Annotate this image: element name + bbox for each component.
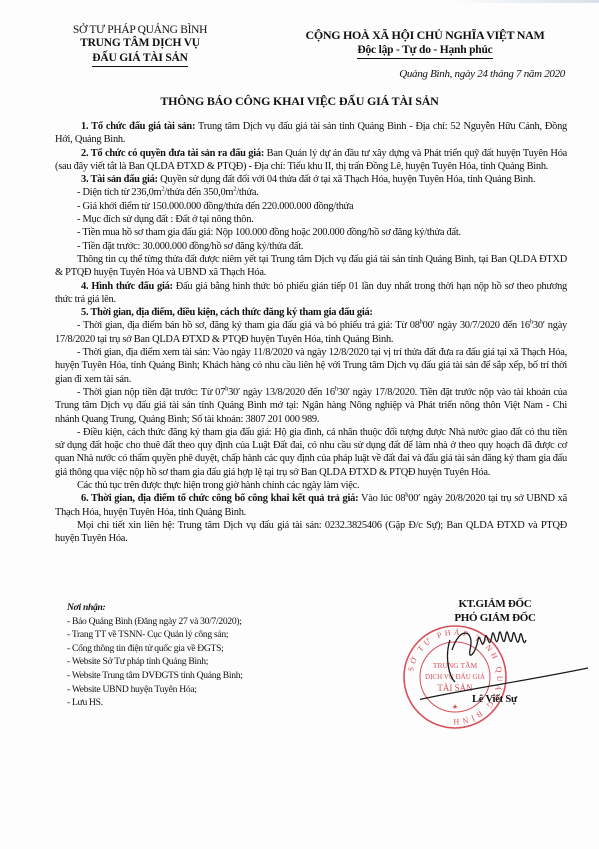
section-2: 2. Tổ chức có quyền đưa tài sản ra đấu g… <box>55 147 567 174</box>
section-6: 6. Thời gian, địa điểm tổ chức công bố c… <box>55 492 567 519</box>
recipient-item: - Cổng thông tin điện tử quốc gia về ĐGT… <box>67 642 243 656</box>
section-1-label: 1. Tổ chức đấu giá tài sản: <box>81 121 195 132</box>
section-5-viewing-time: - Thời gian, địa điểm xem tài sản: Vào n… <box>55 346 567 386</box>
contact-info: Mọi chi tiết xin liên hệ: Trung tâm Dịch… <box>55 519 567 546</box>
country-name: CỘNG HOÀ XÃ HỘI CHỦ NGHĨA VIỆT NAM <box>300 28 550 42</box>
section-5-deposit-time: - Thời gian nộp tiền đặt trước: Từ 07h30… <box>55 386 567 426</box>
recipient-item: - Báo Quảng Bình (Đăng ngày 27 và 30/7/2… <box>67 615 243 629</box>
section-5-procedures: Các thủ tục trên được thực hiện trong gi… <box>55 479 567 492</box>
recipients-list: Nơi nhận: - Báo Quảng Bình (Đăng ngày 27… <box>67 601 243 710</box>
motto: Độc lập - Tự do - Hạnh phúc <box>357 43 492 59</box>
document-body: 1. Tổ chức đấu giá tài sản: Trung tâm Dị… <box>55 120 567 546</box>
issuing-agency-header: SỞ TƯ PHÁP QUẢNG BÌNH TRUNG TÂM DỊCH VỤ … <box>60 24 220 67</box>
section-1: 1. Tổ chức đấu giá tài sản: Trung tâm Dị… <box>55 120 567 147</box>
signer-name: Lê Viết Sự <box>472 694 517 705</box>
starting-price-bullet: - Giá khởi điểm từ 150.000.000 đồng/thửa… <box>55 200 567 213</box>
section-3-note: Thông tin cụ thể từng thửa đất được niêm… <box>55 253 567 280</box>
recipient-item: - Trang TT về TSNN- Cục Quản lý công sản… <box>67 628 243 642</box>
area-bullet: - Diện tích từ 236,0m2/thửa đến 350,0m2/… <box>55 186 567 199</box>
section-3: 3. Tài sản đấu giá: Quyền sử dụng đất đố… <box>55 173 567 186</box>
section-5-heading: 5. Thời gian, địa điểm, điều kiện, cách … <box>55 306 567 319</box>
section-4: 4. Hình thức đấu giá: Đấu giá bằng hình … <box>55 280 567 307</box>
parent-agency: SỞ TƯ PHÁP QUẢNG BÌNH <box>60 24 220 37</box>
deposit-bullet: - Tiền đặt trước: 30.000.000 đồng/hồ sơ … <box>55 240 567 253</box>
scan-edge <box>449 0 599 3</box>
section-6-label: 6. Thời gian, địa điểm tổ chức công bố c… <box>81 493 358 504</box>
issue-date: Quảng Bình, ngày 24 tháng 7 năm 2020 <box>399 68 565 80</box>
dossier-fee-bullet: - Tiền mua hồ sơ tham gia đấu giá: Nộp 1… <box>55 226 567 239</box>
recipient-item: - Lưu HS. <box>67 696 243 710</box>
section-5-conditions: - Điều kiện, cách thức đăng ký tham gia … <box>55 426 567 479</box>
document-page: SỞ TƯ PHÁP QUẢNG BÌNH TRUNG TÂM DỊCH VỤ … <box>0 0 599 849</box>
national-motto-header: CỘNG HOÀ XÃ HỘI CHỦ NGHĨA VIỆT NAM Độc l… <box>300 28 550 59</box>
section-3-label: 3. Tài sản đấu giá: <box>81 174 158 185</box>
section-2-label: 2. Tổ chức có quyền đưa tài sản ra đấu g… <box>81 148 264 159</box>
recipients-heading: Nơi nhận: <box>67 601 243 615</box>
agency-name-line1: TRUNG TÂM DỊCH VỤ <box>60 37 220 50</box>
recipient-item: - Website Sở Tư pháp tỉnh Quảng Bình; <box>67 655 243 669</box>
recipient-item: - Website UBND huyện Tuyên Hóa; <box>67 683 243 697</box>
section-5-sale-time: - Thời gian, địa điểm bán hồ sơ, đăng ký… <box>55 319 567 346</box>
recipient-item: - Website Trung tâm DVĐGTS tỉnh Quảng Bì… <box>67 669 243 683</box>
document-title: THÔNG BÁO CÔNG KHAI VIỆC ĐẤU GIÁ TÀI SẢN <box>0 94 599 109</box>
agency-name-line2: ĐẤU GIÁ TÀI SẢN <box>92 52 188 67</box>
section-4-label: 4. Hình thức đấu giá: <box>81 281 173 292</box>
signer-title-line1: KT.GIÁM ĐỐC <box>420 597 570 611</box>
land-use-bullet: - Mục đích sử dụng đất : Đất ở tại nông … <box>55 213 567 226</box>
